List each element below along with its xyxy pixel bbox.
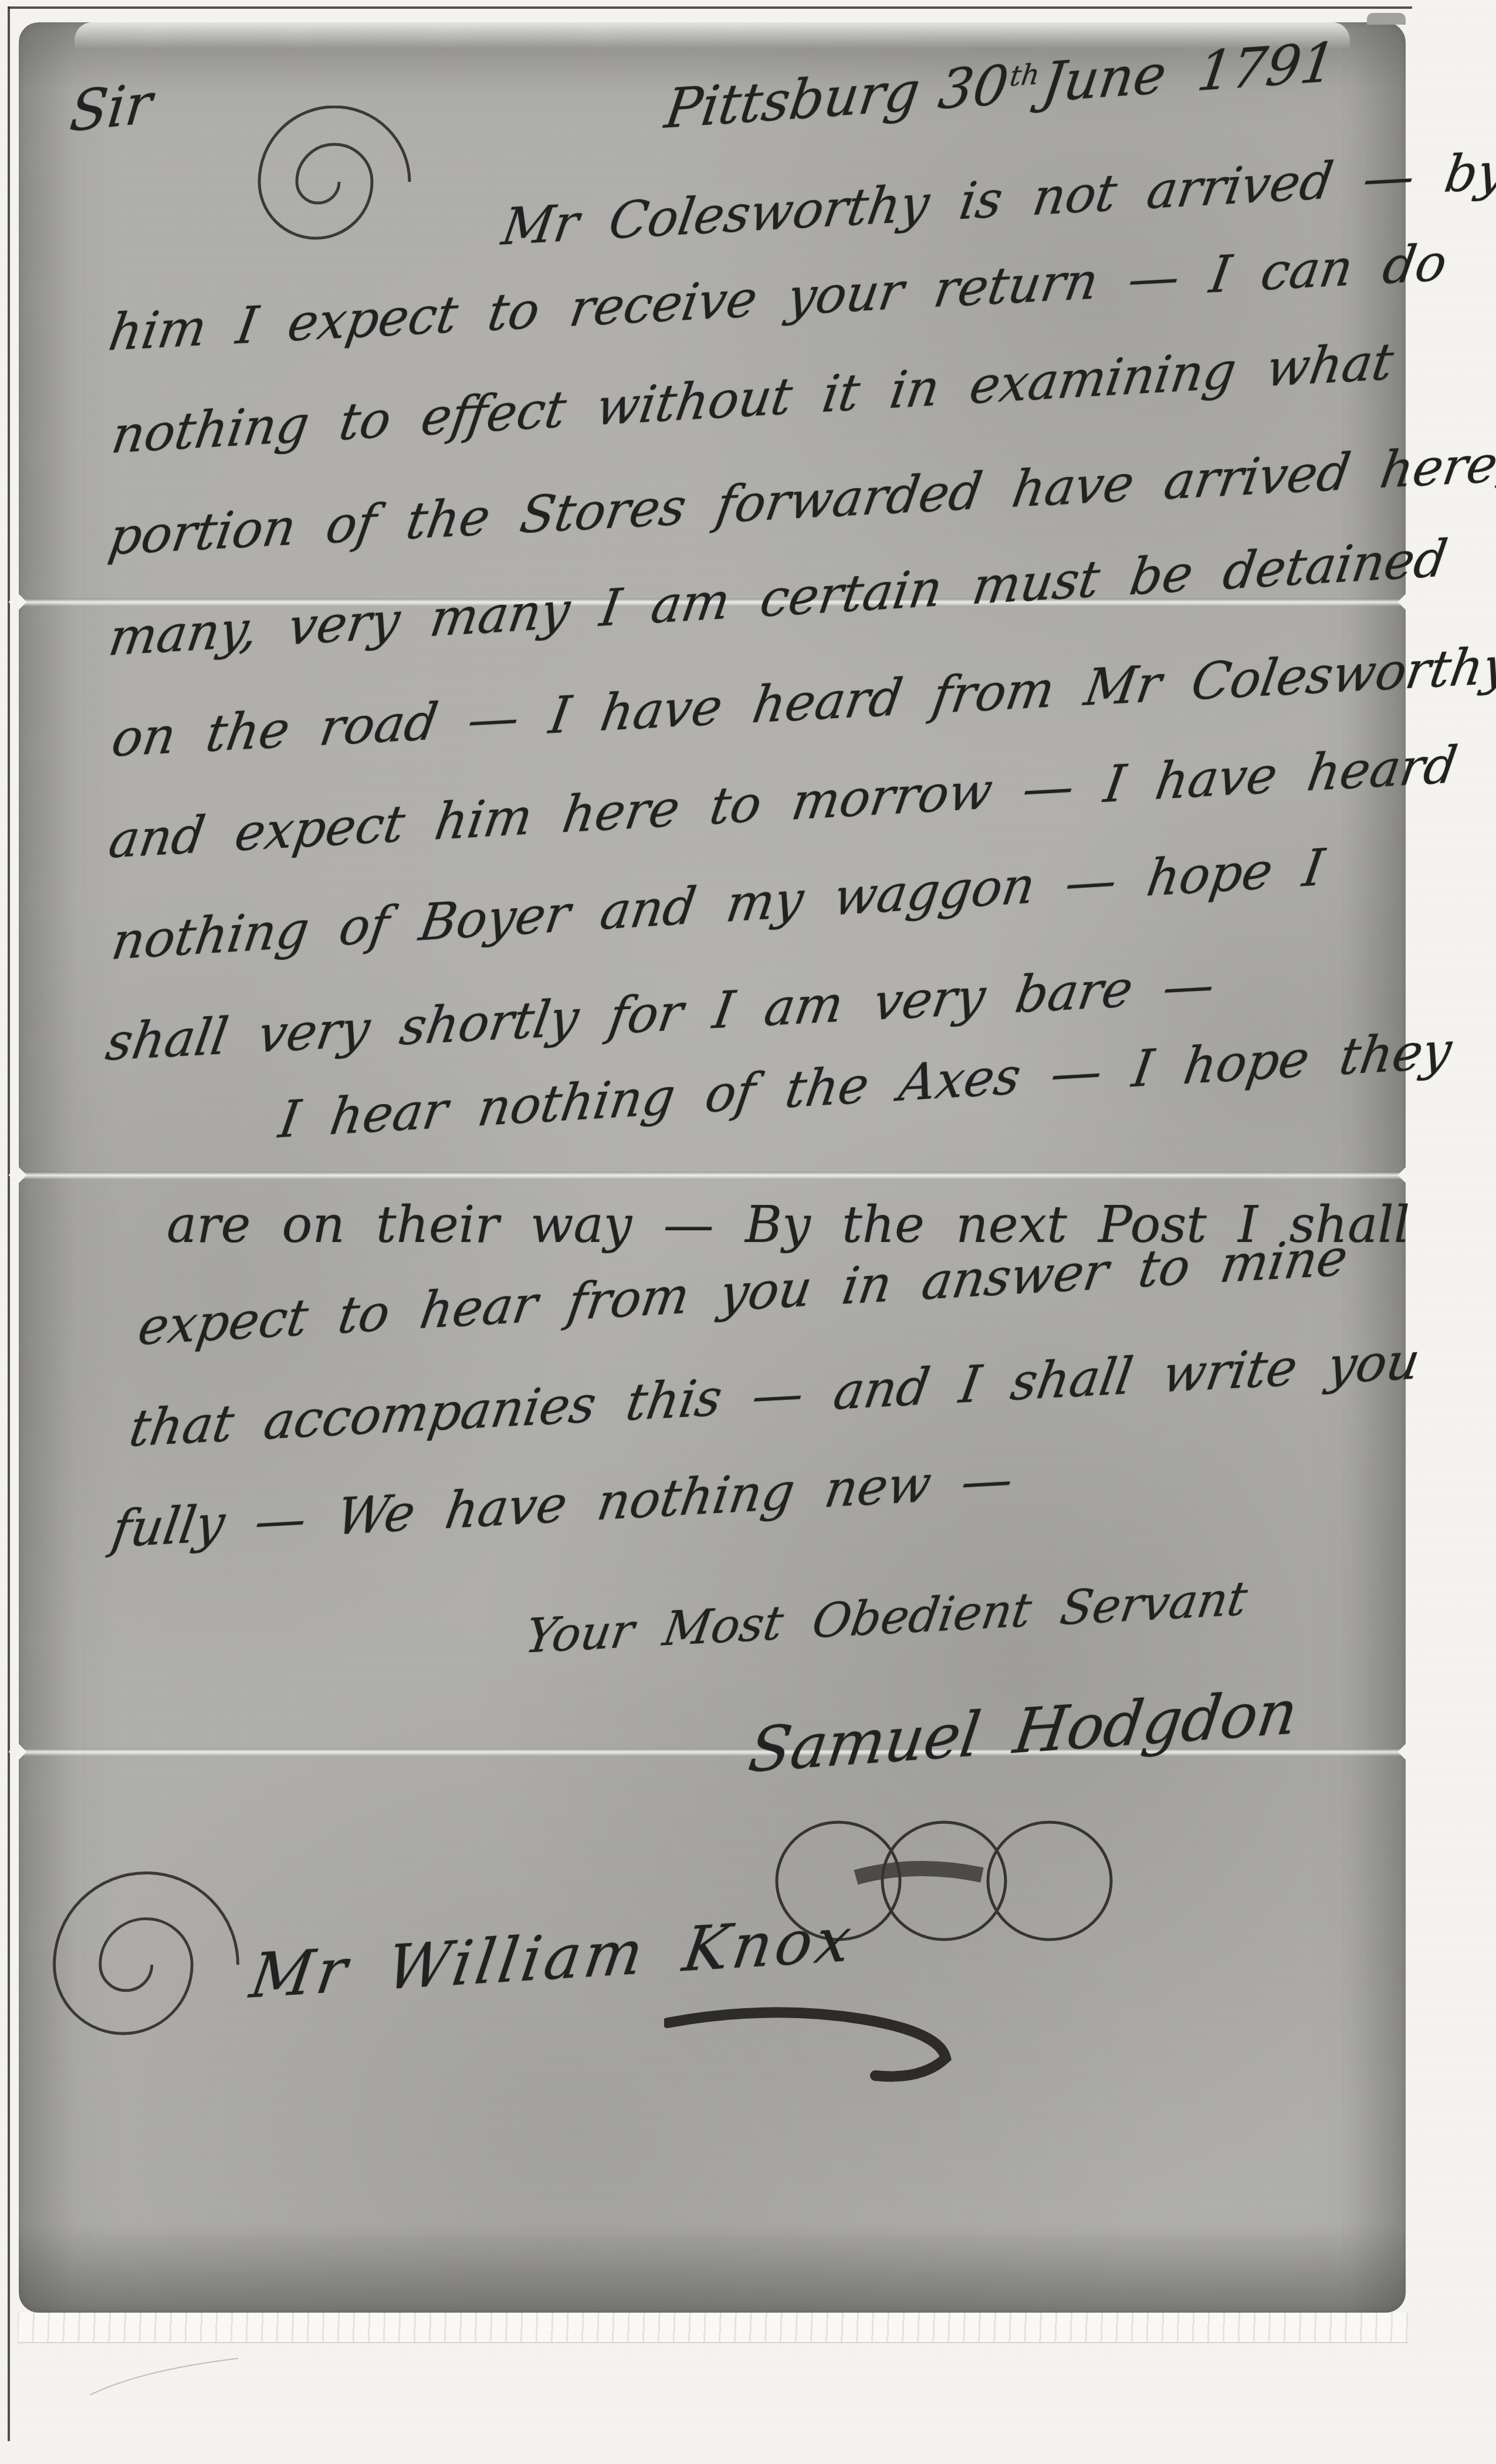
signature: Samuel Hodgdon — [744, 1676, 1302, 1786]
scan-frame-line-top — [8, 6, 1412, 9]
scanned-letter-page: { "colors": { "ink": "#1f1f1f", "paper_g… — [0, 0, 1496, 2464]
salutation: Sir — [67, 72, 155, 145]
letter-closing: Your Most Obedient Servant — [522, 1571, 1251, 1664]
heading-day-suffix: th — [1008, 59, 1042, 93]
letter-line: that accompanies this — and I shall writ… — [126, 1332, 1424, 1458]
letter-line: fully — We have nothing new — — [108, 1450, 1017, 1559]
letter-sheet: Pittsburg30thJune 1791 Sir Mr Colesworth… — [19, 22, 1406, 2313]
heading-place: Pittsburg — [661, 59, 924, 141]
heading-day: 30 — [935, 53, 1012, 121]
paper-corner-tab — [1367, 13, 1406, 25]
addressee-underline-swash — [664, 1988, 969, 2093]
fold-crease — [19, 1172, 1406, 1180]
letter-heading: Pittsburg30thJune 1791 — [661, 31, 1339, 141]
scan-frame-line-left — [8, 6, 10, 2441]
heading-month-year: June 1791 — [1038, 31, 1339, 114]
fold-crease-band — [19, 1172, 1406, 1180]
ink-spiral-flourish — [252, 106, 417, 264]
addressee-spiral-flourish — [32, 1871, 260, 2065]
scanner-hair-artifact — [88, 2353, 241, 2399]
paper-bottom-edge-strip — [18, 2313, 1408, 2343]
